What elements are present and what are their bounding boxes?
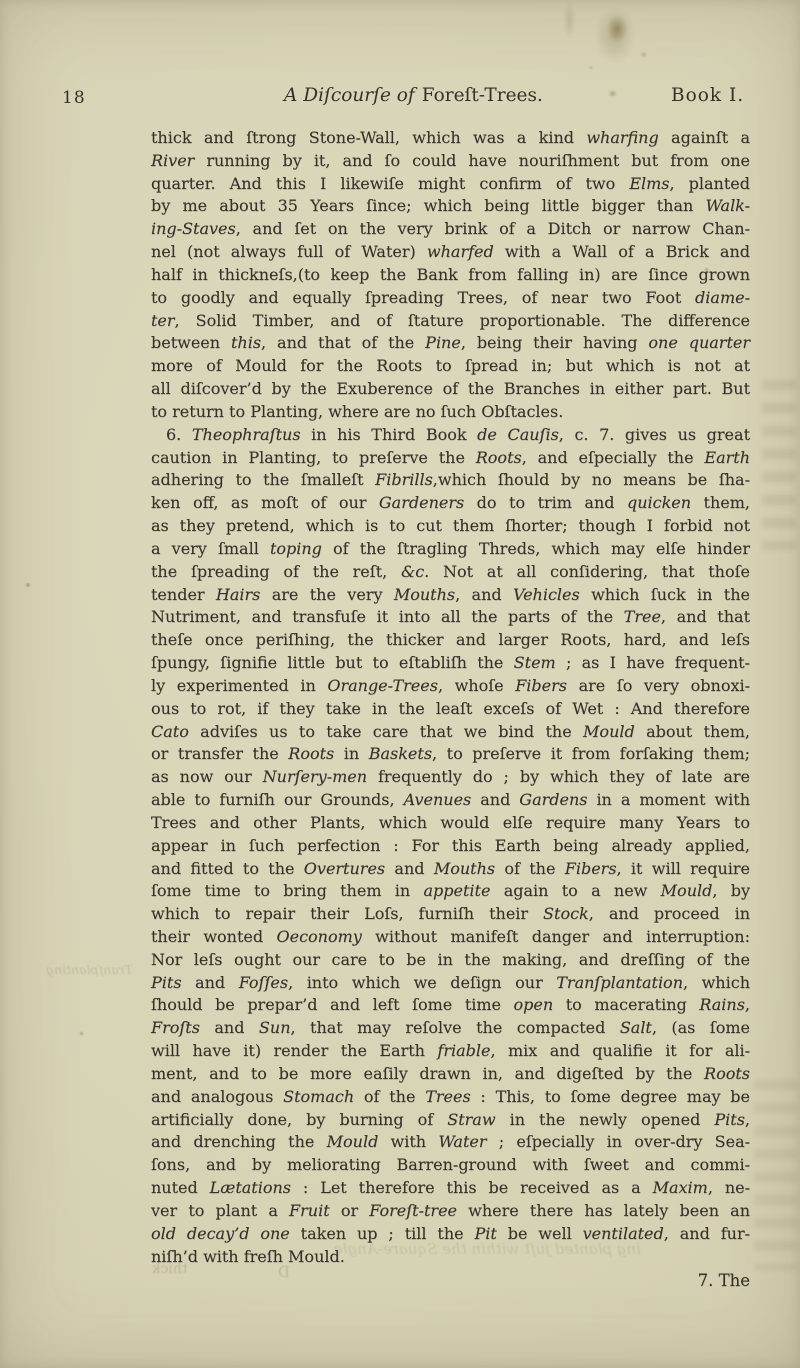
text-line: adhering to the ſmalleſt Fibrills,which … <box>151 469 750 492</box>
body-text: thick and ſtrong Stone-Wall, which was a… <box>151 127 750 1268</box>
running-title-roman: Foreſt-Trees. <box>422 85 543 106</box>
text-line: or transfer the Roots in Baskets, to pre… <box>151 743 750 766</box>
text-line: Froſts and Sun, that may reſolve the com… <box>151 1017 750 1040</box>
running-title: A Diſcourſe ofForeſt-Trees. <box>284 85 543 106</box>
text-line: Pits and Foſſes, into which we deſign ou… <box>151 972 750 995</box>
text-line: River running by it, and ſo could have n… <box>151 150 750 173</box>
show-through-smudge <box>754 1080 798 1270</box>
text-line: theſe once periſhing, the thicker and la… <box>151 629 750 652</box>
book-label: Book I. <box>671 85 744 106</box>
text-line: ken off, as moſt of our Gardeners do to … <box>151 492 750 515</box>
text-line: as now our Nurſery-men frequently do ; b… <box>151 766 750 789</box>
text-line: ing-Staves, and ſet on the very brink of… <box>151 218 750 241</box>
text-line: to return to Planting, where are no ſuch… <box>151 401 750 424</box>
paper-speck <box>26 583 30 587</box>
text-line: old decay’d one taken up ; till the Pit … <box>151 1223 750 1246</box>
text-line: which to repair their Loſs, furniſh thei… <box>151 903 750 926</box>
show-through-smudge <box>762 380 796 550</box>
text-line: as they pretend, which is to cut them ſh… <box>151 515 750 538</box>
text-line: all diſcover’d by the Exuberence of the … <box>151 378 750 401</box>
text-line: Nutriment, and transfuſe it into all the… <box>151 606 750 629</box>
text-line: half in thickneſs,(to keep the Bank from… <box>151 264 750 287</box>
paper-speck <box>80 1032 83 1035</box>
text-line: ous to rot, if they take in the leaſt ex… <box>151 698 750 721</box>
text-line: artificially done, by burning of Straw i… <box>151 1109 750 1132</box>
text-line: ly experimented in Orange-Trees, whoſe F… <box>151 675 750 698</box>
text-line: nuted Lætations : Let therefore this be … <box>151 1177 750 1200</box>
text-line: Trees and other Plants, which would elſe… <box>151 812 750 835</box>
text-line: niſh’d with freſh Mould. <box>151 1246 750 1269</box>
book-page: Tranſplanting ing planted juſt within th… <box>0 0 800 1368</box>
page-number: 18 <box>62 88 86 108</box>
text-line: ſpungy, ſignifie little but to eſtabliſh… <box>151 652 750 675</box>
text-line: Nor leſs ought our care to be in the mak… <box>151 949 750 972</box>
text-line: and analogous Stomach of the Trees : Thi… <box>151 1086 750 1109</box>
text-line: will have it) render the Earth friable, … <box>151 1040 750 1063</box>
text-line: their wonted Oeconomy without manifeſt d… <box>151 926 750 949</box>
text-line: more of Mould for the Roots to ſpread in… <box>151 355 750 378</box>
text-line: 6. Theophraſtus in his Third Book de Cau… <box>151 424 750 447</box>
foxing-stain <box>543 0 663 100</box>
text-line: ver to plant a Fruit or Foreſt-tree wher… <box>151 1200 750 1223</box>
text-line: ſhould be prepar’d and left ſome time op… <box>151 994 750 1017</box>
text-line: ter, Solid Timber, and of ſtature propor… <box>151 310 750 333</box>
text-line: quarter. And this I likewiſe might confi… <box>151 173 750 196</box>
text-line: and fitted to the Overtures and Mouths o… <box>151 858 750 881</box>
text-line: able to furniſh our Grounds, Avenues and… <box>151 789 750 812</box>
text-line: ment, and to be more eaſily drawn in, an… <box>151 1063 750 1086</box>
text-line: caution in Planting, to preſerve the Roo… <box>151 447 750 470</box>
text-line: nel (not always full of Water) wharfed w… <box>151 241 750 264</box>
text-line: and drenching the Mould with Water ; eſp… <box>151 1131 750 1154</box>
running-title-italic: A Diſcourſe of <box>284 85 415 106</box>
text-line: the ſpreading of the reſt, &c. Not at al… <box>151 561 750 584</box>
text-line: by me about 35 Years ſince; which being … <box>151 195 750 218</box>
text-line: Cato adviſes us to take care that we bin… <box>151 721 750 744</box>
text-line: appear in ſuch perfection : For this Ear… <box>151 835 750 858</box>
text-line: ſome time to bring them in appetite agai… <box>151 880 750 903</box>
text-line: to goodly and equally ſpreading Trees, o… <box>151 287 750 310</box>
text-line: between this, and that of the Pine, bein… <box>151 332 750 355</box>
text-line: tender Hairs are the very Mouths, and Ve… <box>151 584 750 607</box>
text-line: thick and ſtrong Stone-Wall, which was a… <box>151 127 750 150</box>
show-through-text: Tranſplanting <box>46 962 133 977</box>
text-line: a very ſmall toping of the ſtragling Thr… <box>151 538 750 561</box>
text-line: ſons, and by meliorating Barren-ground w… <box>151 1154 750 1177</box>
catchword: 7. The <box>151 1271 750 1290</box>
